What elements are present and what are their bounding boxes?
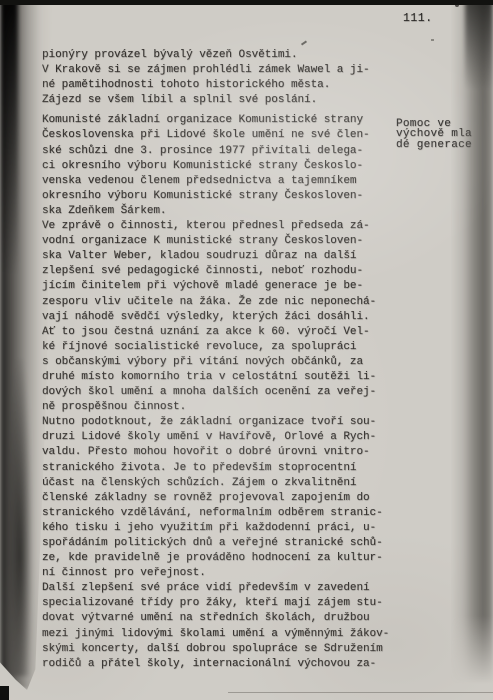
scan-speck (431, 39, 434, 41)
document-text: pionýry provázel bývalý vězeň Osvětimi. … (42, 48, 389, 672)
scanned-document-page: 111. pionýry provázel bývalý vězeň Osvět… (0, 0, 493, 700)
paragraph-excursion: pionýry provázel bývalý vězeň Osvětimi. … (42, 48, 389, 108)
paragraph-organization-life: Nutno podotknout, že základní organizace… (42, 415, 389, 581)
scan-right-edge-shadow (451, 0, 493, 684)
scan-speck (301, 40, 307, 45)
scan-corner-mark (0, 686, 9, 700)
paragraph-future-improvements: Další zlepšení své práce vidí především … (42, 581, 389, 672)
page-number: 111. (403, 12, 433, 25)
paragraph-party-meeting: Komunisté základní organizace Komunistic… (42, 113, 389, 219)
page-bottom-edge-line (228, 692, 493, 693)
paragraph-activity-report: Ve zprávě o činnosti, kterou přednesl př… (42, 219, 389, 415)
scan-top-edge (0, 0, 493, 5)
